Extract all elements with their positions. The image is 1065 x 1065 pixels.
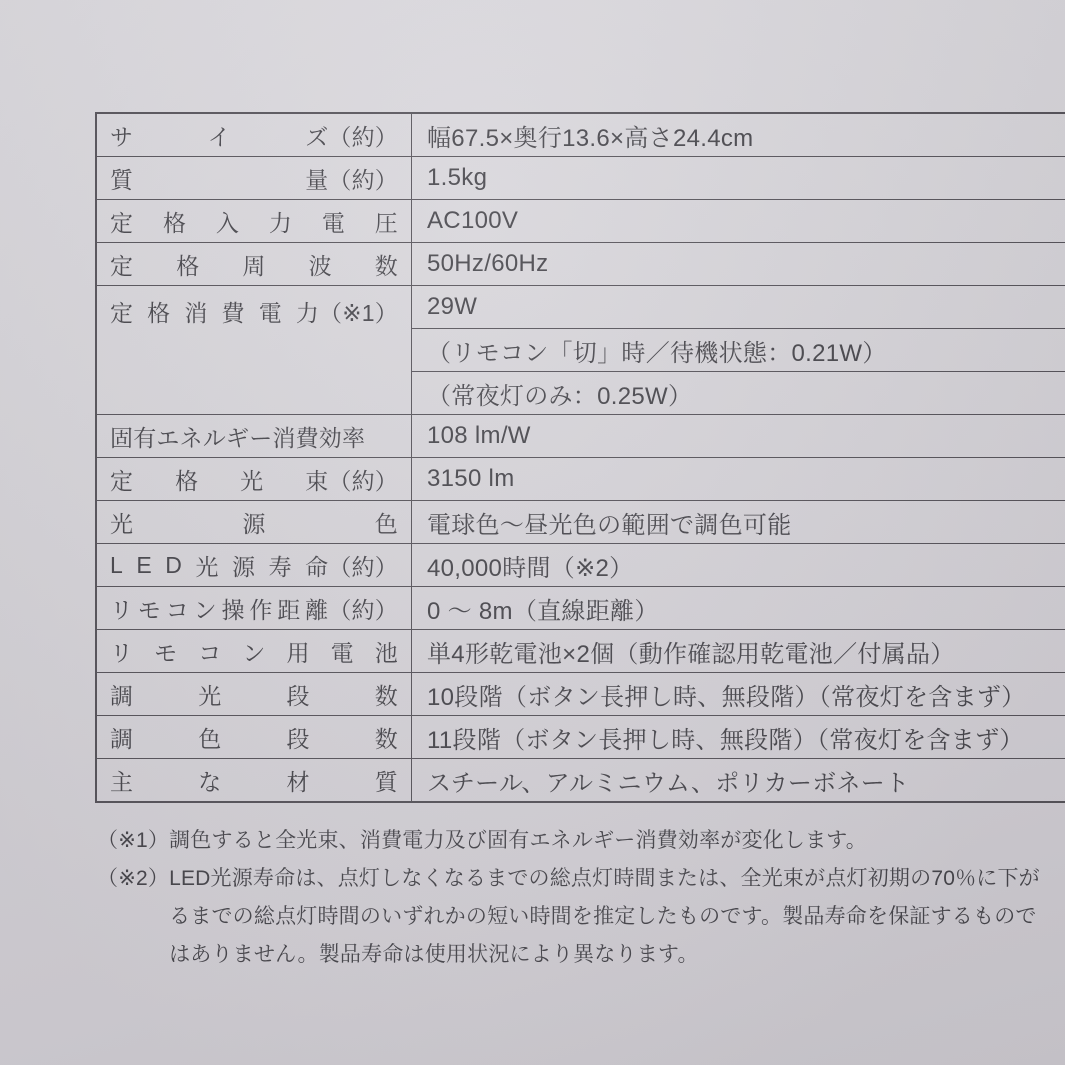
footnotes: （※1） 調色すると全光束、消費電力及び固有エネルギー消費効率が変化します。 （… <box>97 822 1047 974</box>
footnote-2-text: LED光源寿命は、点灯しなくなるまでの総点灯時間または、全光束が点灯初期の70％… <box>169 860 1047 974</box>
label-part: 材 <box>287 764 310 797</box>
spec-label-weight: 質量（約） <box>96 157 412 200</box>
label-part: コ <box>166 592 189 625</box>
footnote-2: （※2） LED光源寿命は、点灯しなくなるまでの総点灯時間または、全光束が点灯初… <box>97 860 1047 974</box>
label-part: 量（約） <box>305 162 398 195</box>
label-part: 固有エネルギー消費効率 <box>110 420 365 453</box>
spec-label-rated-power-consumption: 定格消費電力（※1） <box>96 286 412 415</box>
label-part: 色 <box>198 721 221 754</box>
label-part: 周 <box>242 248 265 281</box>
label-part: 段 <box>287 721 310 754</box>
label-part: 源 <box>242 506 265 539</box>
spec-label-text: 調光段数 <box>110 678 398 711</box>
spec-label-text: リモコン操作距離（約） <box>110 592 398 625</box>
spec-value-size: 幅67.5×奥行13.6×高さ24.4cm <box>412 113 1065 157</box>
label-part: 電 <box>259 295 282 328</box>
label-part: 数 <box>375 248 398 281</box>
label-part: 電 <box>322 205 345 238</box>
label-part: 色 <box>375 506 398 539</box>
spec-label-text: 定格光束（約） <box>110 463 398 496</box>
label-part: 定 <box>110 248 133 281</box>
table-row-rated-frequency: 定格周波数50Hz/60Hz <box>96 243 1065 286</box>
spec-label-rated-luminous-flux: 定格光束（約） <box>96 458 412 501</box>
label-part: 格 <box>163 205 186 238</box>
table-row-dimming-steps: 調光段数10段階（ボタン長押し時、無段階）（常夜灯を含まず） <box>96 673 1065 716</box>
spec-label-text: 光源色 <box>110 506 398 539</box>
label-part: リ <box>110 592 133 625</box>
table-row-remote-operating-distance: リモコン操作距離（約）0 ～ 8m（直線距離） <box>96 587 1065 630</box>
spec-label-materials: 主な材質 <box>96 759 412 803</box>
label-part: モ <box>138 592 161 625</box>
spec-value-rated-input-voltage: AC100V <box>412 200 1065 243</box>
label-part: 電 <box>331 635 354 668</box>
label-part: リ <box>110 635 133 668</box>
label-part: 離（約） <box>305 592 398 625</box>
label-part: 光 <box>198 678 221 711</box>
spec-label-rated-input-voltage: 定格入力電圧 <box>96 200 412 243</box>
spec-value-color-tuning-steps: 11段階（ボタン長押し時、無段階）（常夜灯を含まず） <box>412 716 1065 759</box>
label-part: 束（約） <box>305 463 398 496</box>
footnote-1-text: 調色すると全光束、消費電力及び固有エネルギー消費効率が変化します。 <box>169 822 1047 860</box>
label-part: 定 <box>110 205 133 238</box>
label-part: 調 <box>110 678 133 711</box>
label-part: 寿 <box>269 549 292 582</box>
label-part: 池 <box>375 635 398 668</box>
spec-label-text: 定格消費電力（※1） <box>110 295 398 328</box>
spec-label-energy-efficiency: 固有エネルギー消費効率 <box>96 415 412 458</box>
table-row-rated-power-consumption: 定格消費電力（※1）29W <box>96 286 1065 329</box>
label-part: 圧 <box>375 205 398 238</box>
label-part: D <box>165 552 182 579</box>
footnote-2-marker: （※2） <box>97 860 169 898</box>
table-row-materials: 主な材質スチール、アルミニウム、ポリカーボネート <box>96 759 1065 803</box>
spec-label-text: 定格入力電圧 <box>110 205 398 238</box>
label-part: モ <box>154 635 177 668</box>
spec-label-text: 調色段数 <box>110 721 398 754</box>
spec-label-dimming-steps: 調光段数 <box>96 673 412 716</box>
label-part: 調 <box>110 721 133 754</box>
label-part: 質 <box>375 764 398 797</box>
spec-label-text: 主な材質 <box>110 764 398 797</box>
label-part: 格 <box>175 463 198 496</box>
spec-label-color-tuning-steps: 調色段数 <box>96 716 412 759</box>
label-part: 操 <box>222 592 245 625</box>
label-part: イ <box>208 119 231 152</box>
label-part: ン <box>242 635 265 668</box>
label-part: 格 <box>176 248 199 281</box>
spec-value-led-lifespan: 40,000時間（※2） <box>412 544 1065 587</box>
label-part: 光 <box>195 549 218 582</box>
spec-value-light-source-color: 電球色～昼光色の範囲で調色可能 <box>412 501 1065 544</box>
label-part: 光 <box>110 506 133 539</box>
spec-value-rated-power-consumption: 29W <box>412 286 1065 329</box>
label-part: 段 <box>287 678 310 711</box>
label-part: 用 <box>287 635 310 668</box>
label-part: 質 <box>110 162 133 195</box>
label-part: コ <box>198 635 221 668</box>
spec-value-dimming-steps: 10段階（ボタン長押し時、無段階）（常夜灯を含まず） <box>412 673 1065 716</box>
spec-label-text: 固有エネルギー消費効率 <box>110 420 398 453</box>
label-part: 光 <box>240 463 263 496</box>
table-row-weight: 質量（約）1.5kg <box>96 157 1065 200</box>
label-part: ン <box>194 592 217 625</box>
table-row-led-lifespan: LED光源寿命（約）40,000時間（※2） <box>96 544 1065 587</box>
label-part: 力（※1） <box>296 295 398 328</box>
spec-sheet-photo: サイズ（約）幅67.5×奥行13.6×高さ24.4cm質量（約）1.5kg定格入… <box>0 0 1065 1065</box>
spec-label-remote-operating-distance: リモコン操作距離（約） <box>96 587 412 630</box>
label-part: 源 <box>232 549 255 582</box>
label-part: ズ（約） <box>305 119 398 152</box>
spec-table-body: サイズ（約）幅67.5×奥行13.6×高さ24.4cm質量（約）1.5kg定格入… <box>96 113 1065 802</box>
label-part: 主 <box>110 764 133 797</box>
label-part: 命（約） <box>305 549 398 582</box>
spec-value-materials: スチール、アルミニウム、ポリカーボネート <box>412 759 1065 803</box>
spec-label-text: リモコン用電池 <box>110 635 398 668</box>
label-part: 費 <box>222 295 245 328</box>
label-part: 波 <box>309 248 332 281</box>
spec-table: サイズ（約）幅67.5×奥行13.6×高さ24.4cm質量（約）1.5kg定格入… <box>95 112 1065 803</box>
spec-label-led-lifespan: LED光源寿命（約） <box>96 544 412 587</box>
label-part: E <box>136 552 152 579</box>
spec-label-text: サイズ（約） <box>110 119 398 152</box>
spec-value-rated-luminous-flux: 3150 lm <box>412 458 1065 501</box>
table-row-light-source-color: 光源色電球色～昼光色の範囲で調色可能 <box>96 501 1065 544</box>
spec-label-text: LED光源寿命（約） <box>110 549 398 582</box>
label-part: 格 <box>147 295 170 328</box>
label-part: 入 <box>216 205 239 238</box>
spec-value-standby-power: （リモコン「切」時／待機状態：0.21W） <box>412 329 1065 372</box>
table-row-rated-input-voltage: 定格入力電圧AC100V <box>96 200 1065 243</box>
spec-value-remote-operating-distance: 0 ～ 8m（直線距離） <box>412 587 1065 630</box>
label-part: 定 <box>110 463 133 496</box>
label-part: な <box>198 764 221 797</box>
spec-value-rated-frequency: 50Hz/60Hz <box>412 243 1065 286</box>
spec-value-energy-efficiency: 108 lm/W <box>412 415 1065 458</box>
table-row-rated-luminous-flux: 定格光束（約）3150 lm <box>96 458 1065 501</box>
spec-value-weight: 1.5kg <box>412 157 1065 200</box>
spec-label-light-source-color: 光源色 <box>96 501 412 544</box>
table-row-remote-battery: リモコン用電池単4形乾電池×2個（動作確認用乾電池／付属品） <box>96 630 1065 673</box>
label-part: 数 <box>375 678 398 711</box>
spec-value-nightlight-power: （常夜灯のみ：0.25W） <box>412 372 1065 415</box>
table-row-color-tuning-steps: 調色段数11段階（ボタン長押し時、無段階）（常夜灯を含まず） <box>96 716 1065 759</box>
label-part: 距 <box>277 592 300 625</box>
footnote-1: （※1） 調色すると全光束、消費電力及び固有エネルギー消費効率が変化します。 <box>97 822 1047 860</box>
spec-value-remote-battery: 単4形乾電池×2個（動作確認用乾電池／付属品） <box>412 630 1065 673</box>
footnote-1-marker: （※1） <box>97 822 169 860</box>
label-part: 力 <box>269 205 292 238</box>
label-part: 数 <box>375 721 398 754</box>
table-row-size: サイズ（約）幅67.5×奥行13.6×高さ24.4cm <box>96 113 1065 157</box>
label-part: 消 <box>184 295 207 328</box>
table-row-energy-efficiency: 固有エネルギー消費効率108 lm/W <box>96 415 1065 458</box>
label-part: L <box>110 552 123 579</box>
label-part: 作 <box>249 592 272 625</box>
label-part: 定 <box>110 295 133 328</box>
spec-label-text: 質量（約） <box>110 162 398 195</box>
label-part: サ <box>110 119 133 152</box>
spec-label-remote-battery: リモコン用電池 <box>96 630 412 673</box>
spec-label-rated-frequency: 定格周波数 <box>96 243 412 286</box>
spec-label-text: 定格周波数 <box>110 248 398 281</box>
spec-label-size: サイズ（約） <box>96 113 412 157</box>
